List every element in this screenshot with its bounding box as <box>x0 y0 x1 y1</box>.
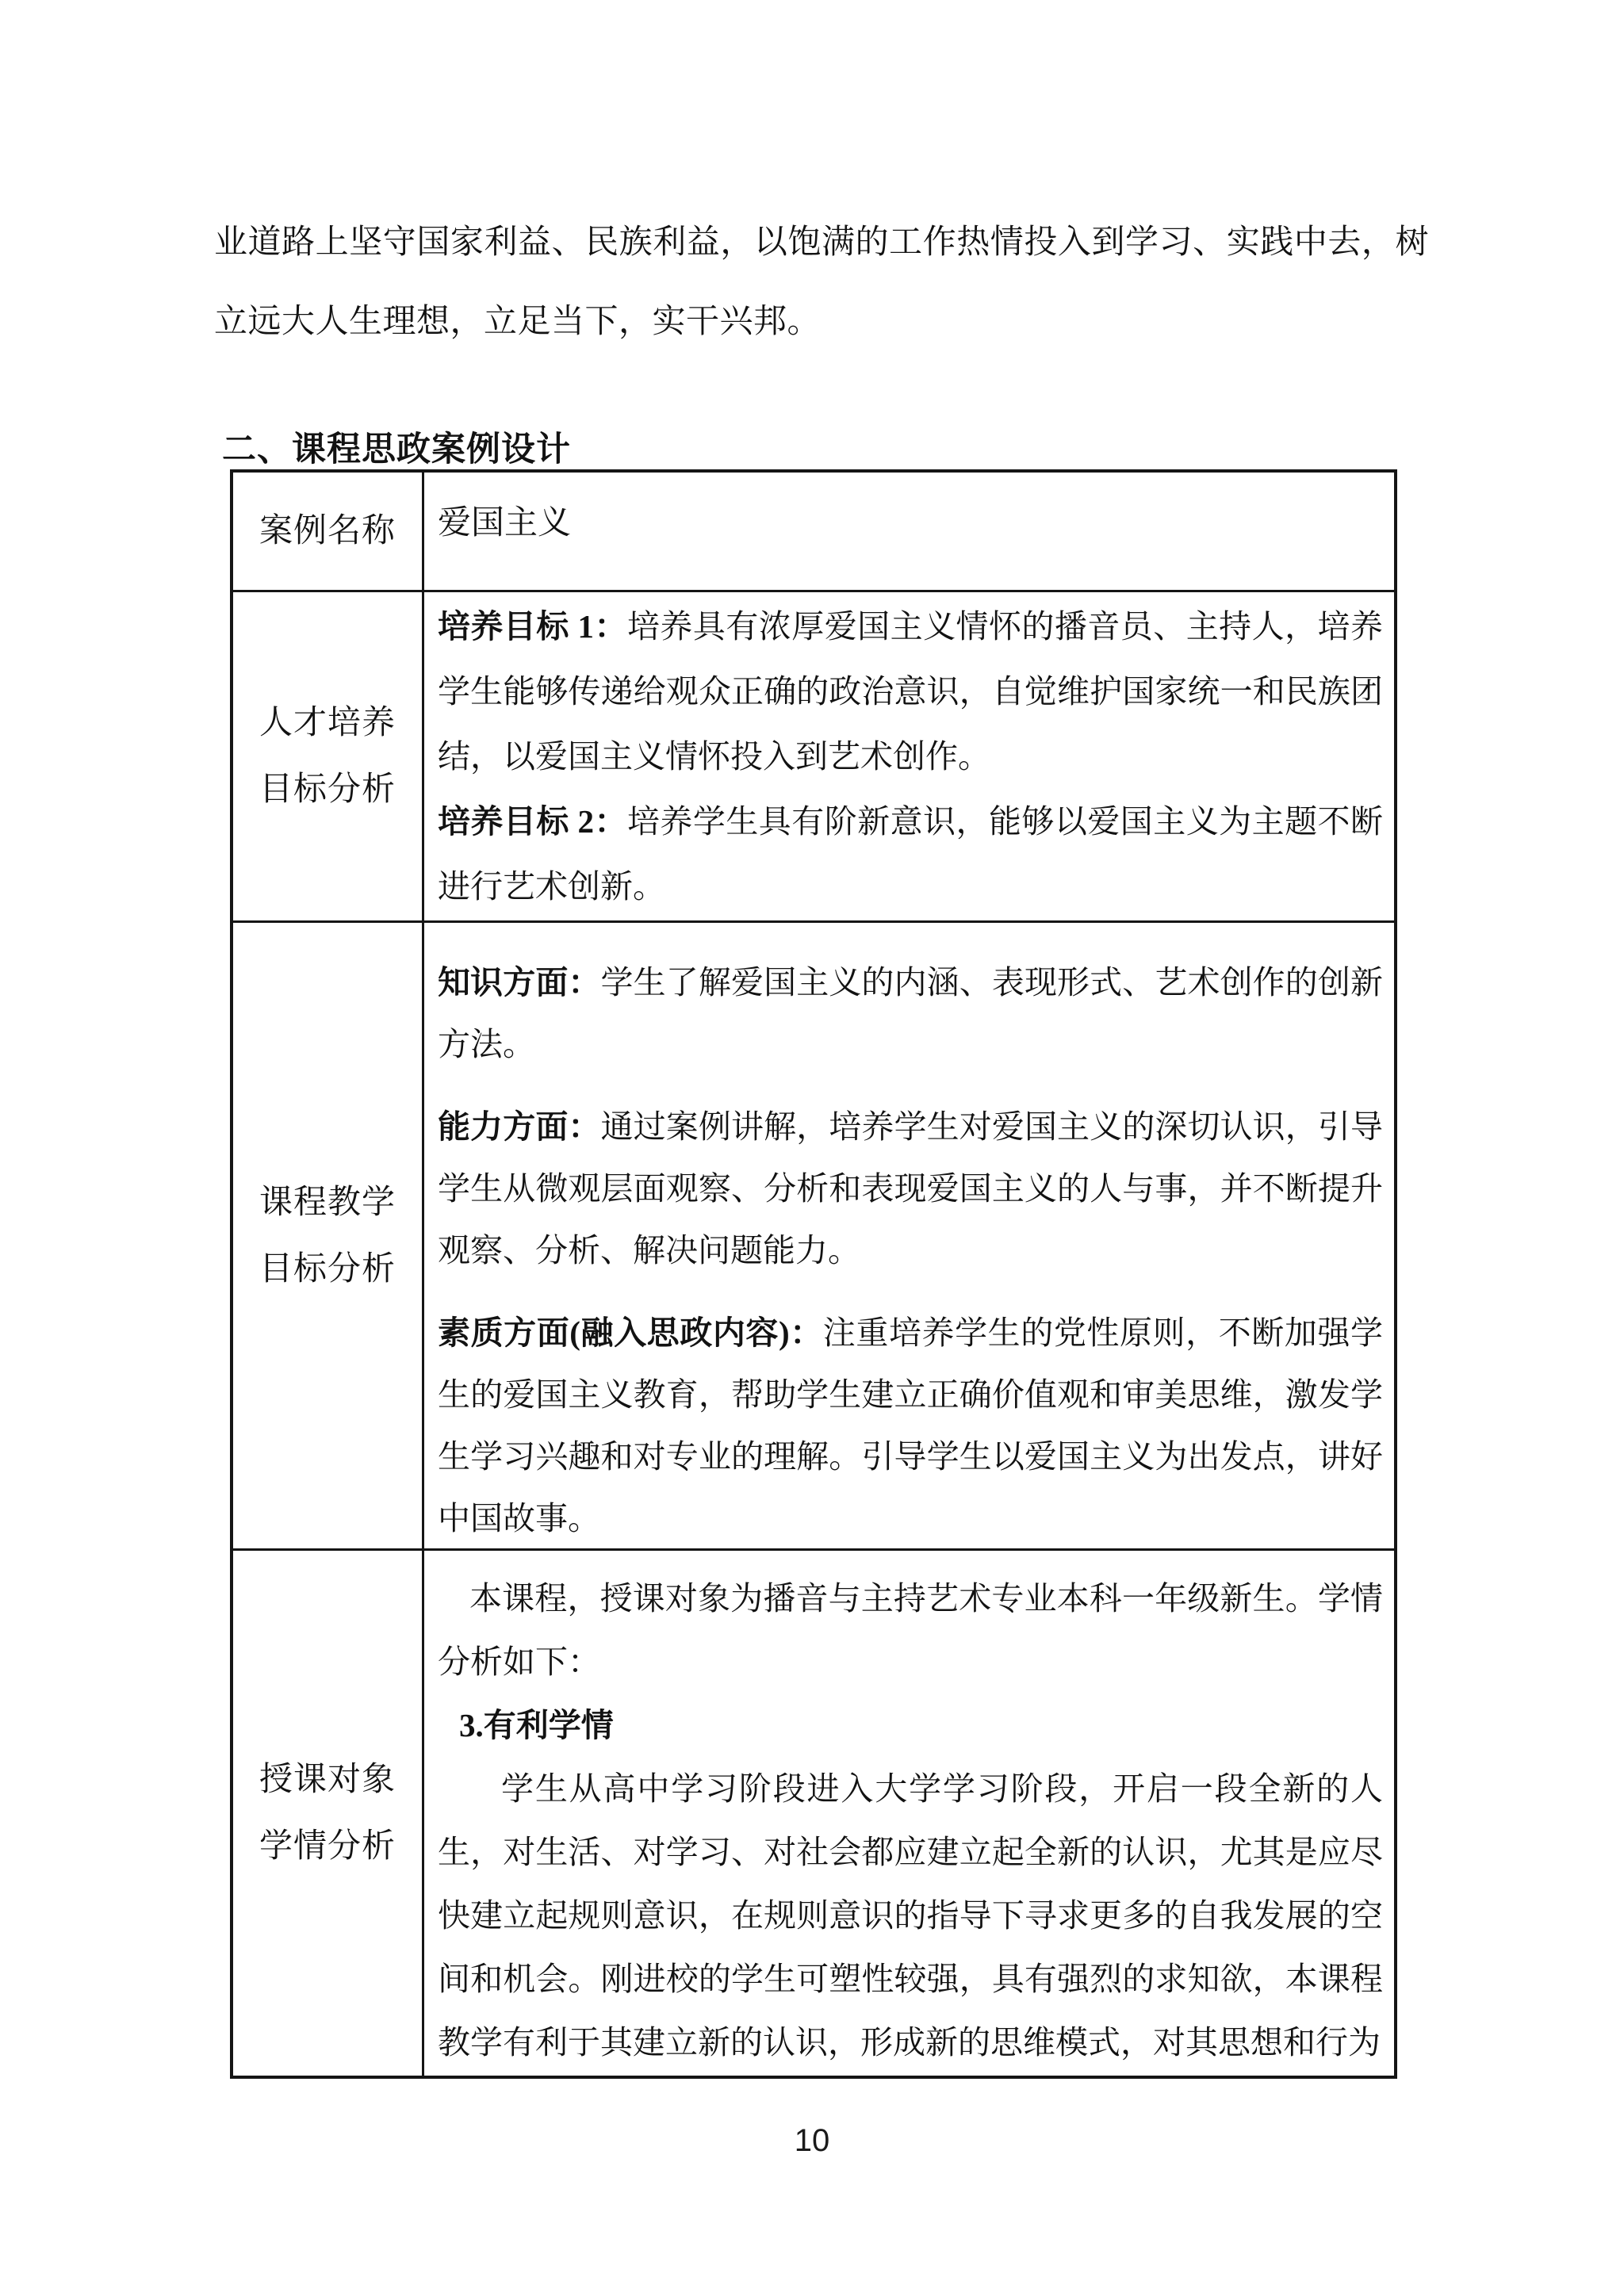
row-label-line: 案例名称 <box>259 498 396 564</box>
bold-run: 培养目标 2： <box>438 803 627 840</box>
row-label-line: 授课对象 <box>259 1747 396 1813</box>
page-number: 10 <box>0 2123 1624 2159</box>
paragraph: 培养目标 2：培养学生具有阶新意识，能够以爱国主义为主题不断进行艺术创新。 <box>438 789 1383 919</box>
section-heading: 二、课程思政案例设计 <box>222 423 571 471</box>
row-label-case-name: 案例名称 <box>233 473 424 590</box>
table-row-case-name: 案例名称爱国主义 <box>233 473 1394 590</box>
paragraph: 3.有利学情 <box>438 1693 1383 1757</box>
row-content-talent-training-goal-analysis: 培养目标 1：培养具有浓厚爱国主义情怀的播音员、主持人，培养学生能够传递给观众正… <box>424 592 1394 920</box>
row-label-talent-training-goal-analysis: 人才培养目标分析 <box>233 592 424 920</box>
bold-run: 素质方面(融入思政内容)： <box>438 1314 823 1351</box>
text-run: 爱国主义 <box>438 505 571 541</box>
table-row-teaching-object-learning-analysis: 授课对象学情分析本课程，授课对象为播音与主持艺术专业本科一年级新生。学情分析如下… <box>233 1548 1394 2076</box>
paragraph: 学生从高中学习阶段进入大学学习阶段，开启一段全新的人生，对生活、对学习、对社会都… <box>438 1757 1383 2074</box>
table-row-course-teaching-goal-analysis: 课程教学目标分析知识方面：学生了解爱国主义的内涵、表现形式、艺术创作的创新方法。… <box>233 920 1394 1548</box>
intro-paragraph: 业道路上坚守国家利益、民族利益，以饱满的工作热情投入到学习、实践中去，树立远大人… <box>214 203 1429 362</box>
row-label-line: 人才培养 <box>259 690 396 756</box>
bold-run: 培养目标 1： <box>438 608 627 645</box>
paragraph: 本课程，授课对象为播音与主持艺术专业本科一年级新生。学情分析如下： <box>438 1567 1383 1693</box>
row-label-line: 课程教学 <box>259 1169 396 1236</box>
row-label-course-teaching-goal-analysis: 课程教学目标分析 <box>233 923 424 1548</box>
document-page: 业道路上坚守国家利益、民族利益，以饱满的工作热情投入到学习、实践中去，树立远大人… <box>0 0 1624 2296</box>
paragraph: 知识方面：学生了解爱国主义的内涵、表现形式、艺术创作的创新方法。 <box>438 951 1383 1075</box>
bold-run: 能力方面： <box>438 1108 601 1145</box>
row-content-course-teaching-goal-analysis: 知识方面：学生了解爱国主义的内涵、表现形式、艺术创作的创新方法。能力方面：通过案… <box>424 923 1394 1548</box>
table-row-talent-training-goal-analysis: 人才培养目标分析培养目标 1：培养具有浓厚爱国主义情怀的播音员、主持人，培养学生… <box>233 590 1394 920</box>
row-label-teaching-object-learning-analysis: 授课对象学情分析 <box>233 1551 424 2076</box>
row-label-line: 目标分析 <box>259 1236 396 1303</box>
text-run: 本课程，授课对象为播音与主持艺术专业本科一年级新生。学情分析如下： <box>438 1580 1383 1680</box>
row-label-line: 目标分析 <box>259 756 396 823</box>
text-run: 学生从高中学习阶段进入大学学习阶段，开启一段全新的人生，对生活、对学习、对社会都… <box>438 1770 1383 2061</box>
case-table: 案例名称爱国主义人才培养目标分析培养目标 1：培养具有浓厚爱国主义情怀的播音员、… <box>230 469 1397 2079</box>
row-content-case-name: 爱国主义 <box>424 473 1394 590</box>
paragraph: 能力方面：通过案例讲解，培养学生对爱国主义的深切认识，引导学生从微观层面观察、分… <box>438 1096 1383 1281</box>
paragraph: 素质方面(融入思政内容)：注重培养学生的党性原则，不断加强学生的爱国主义教育，帮… <box>438 1302 1383 1548</box>
bold-run: 知识方面： <box>438 964 601 1001</box>
paragraph: 爱国主义 <box>438 501 1383 545</box>
row-label-line: 学情分析 <box>259 1813 396 1880</box>
bold-run: 3.有利学情 <box>459 1707 614 1743</box>
row-content-teaching-object-learning-analysis: 本课程，授课对象为播音与主持艺术专业本科一年级新生。学情分析如下：3.有利学情学… <box>424 1551 1394 2076</box>
paragraph: 培养目标 1：培养具有浓厚爱国主义情怀的播音员、主持人，培养学生能够传递给观众正… <box>438 594 1383 789</box>
